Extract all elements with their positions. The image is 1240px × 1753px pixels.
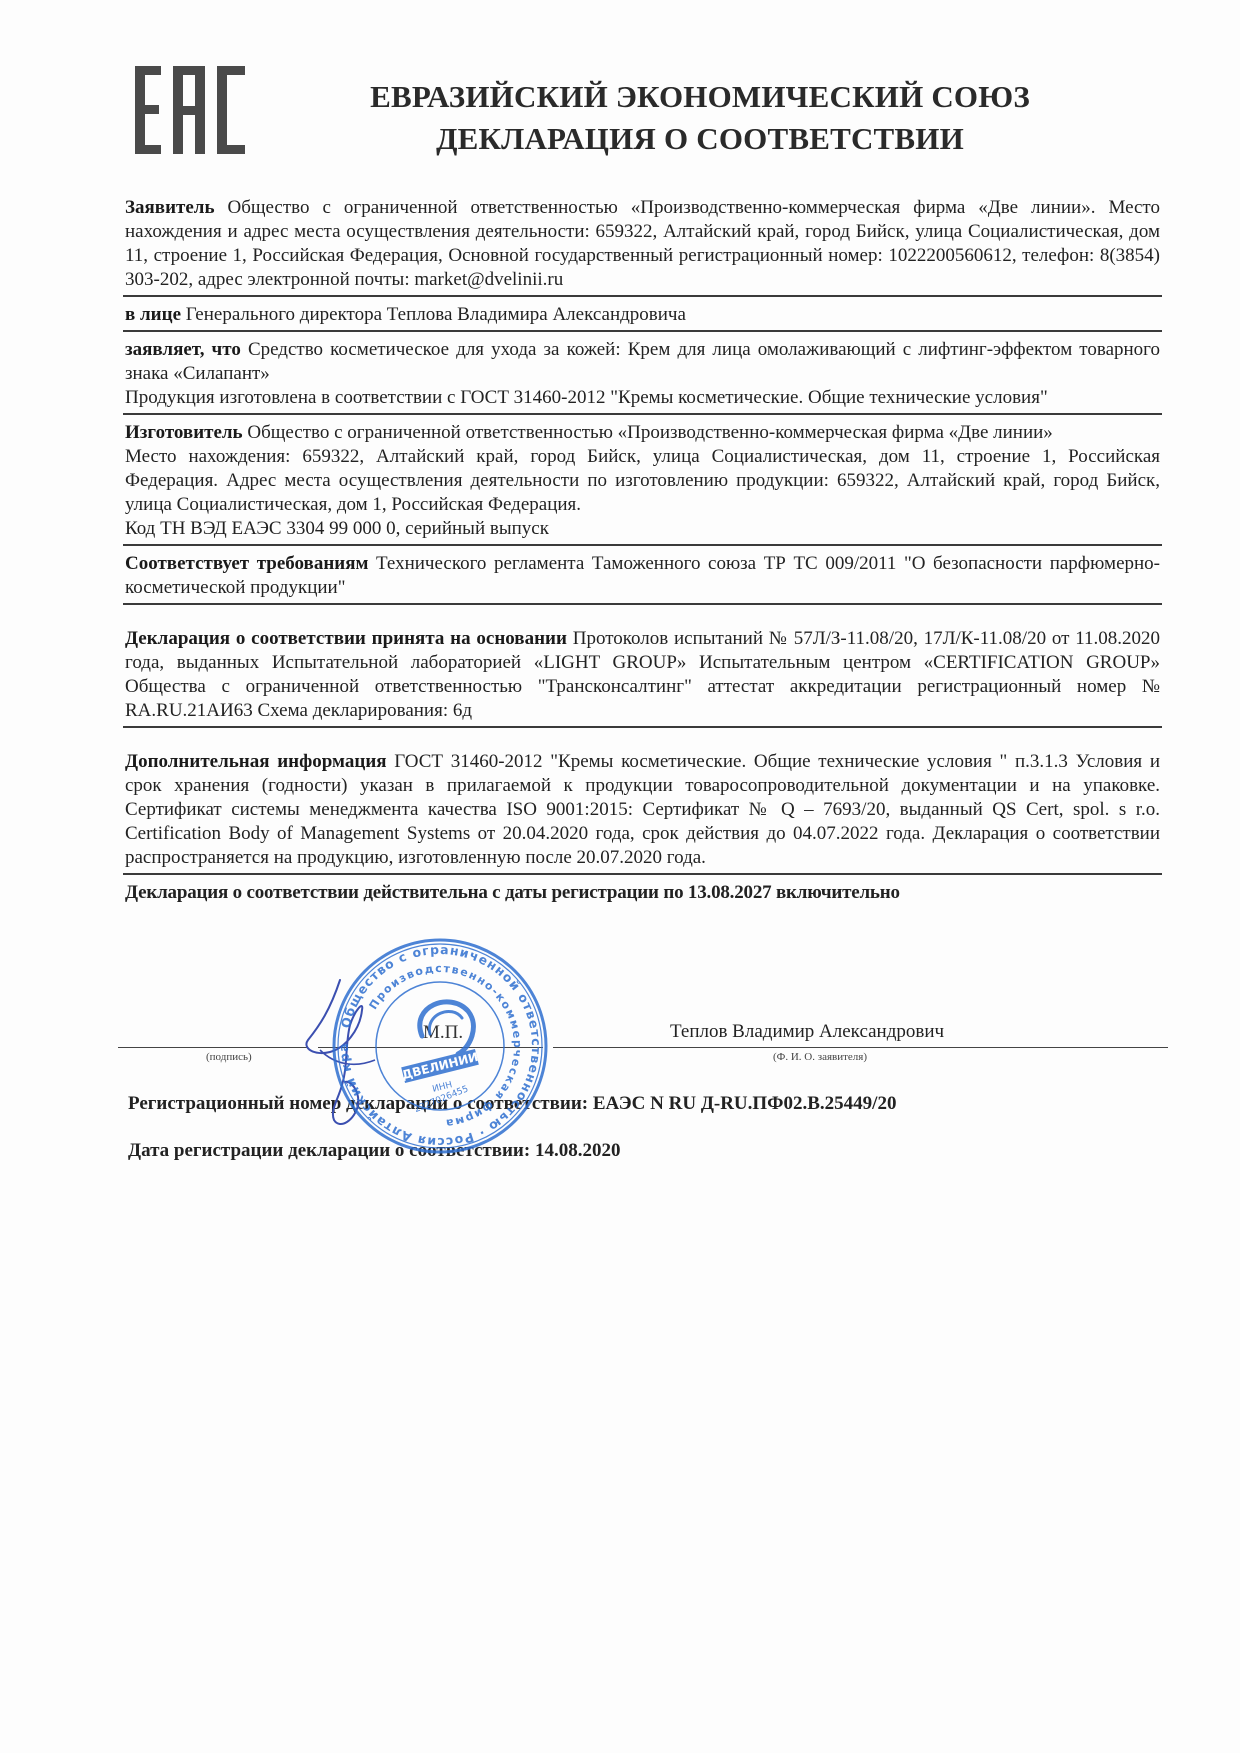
registration-number: Регистрационный номер декларации о соотв…	[128, 1093, 896, 1115]
stamp-place-label: М.П.	[423, 1022, 463, 1044]
divider	[123, 295, 1162, 297]
divider	[123, 413, 1162, 415]
manufacturer-address: Место нахождения: 659322, Алтайский край…	[125, 445, 1160, 517]
name-caption: (Ф. И. О. заявителя)	[773, 1051, 867, 1063]
divider	[123, 330, 1162, 332]
title-union: ЕВРАЗИЙСКИЙ ЭКОНОМИЧЕСКИЙ СОЮЗ	[300, 76, 1100, 118]
basis-label: Декларация о соответствии принята на осн…	[125, 628, 567, 649]
basis-section: Декларация о соответствии принята на осн…	[125, 627, 1160, 723]
applicant-label: Заявитель	[125, 197, 215, 218]
title-declaration: ДЕКЛАРАЦИЯ О СООТВЕТСТВИИ	[300, 118, 1100, 160]
compliance-section: Соответствует требованиям Технического р…	[125, 552, 1160, 600]
registration-date: Дата регистрации декларации о соответств…	[128, 1140, 620, 1162]
registration-number-value: ЕАЭС N RU Д-RU.ПФ02.В.25449/20	[593, 1093, 897, 1114]
product-description: Средство косметическое для ухода за коже…	[125, 339, 1160, 384]
manufacturer-section: Изготовитель Общество с ограниченной отв…	[125, 421, 1160, 445]
compliance-label: Соответствует требованиям	[125, 553, 368, 574]
registration-date-label: Дата регистрации декларации о соответств…	[128, 1140, 530, 1161]
additional-info-section: Дополнительная информация ГОСТ 31460-201…	[125, 750, 1160, 870]
name-line	[553, 1047, 1168, 1048]
applicant-section: Заявитель Общество с ограниченной ответс…	[125, 196, 1160, 292]
applicant-name: Теплов Владимир Александрович	[670, 1021, 944, 1043]
declaration-body: Заявитель Общество с ограниченной ответс…	[125, 196, 1160, 905]
additional-info-label: Дополнительная информация	[125, 751, 387, 772]
divider	[123, 726, 1162, 728]
represented-by-section: в лице Генерального директора Теплова Вл…	[125, 303, 1160, 327]
declares-label: заявляет, что	[125, 339, 241, 360]
eac-logo-icon	[135, 66, 245, 154]
manufacturer-label: Изготовитель	[125, 422, 243, 443]
registration-number-label: Регистрационный номер декларации о соотв…	[128, 1093, 588, 1114]
product-standard: Продукция изготовлена в соответствии с Г…	[125, 386, 1160, 410]
divider	[123, 603, 1162, 605]
represented-by-label: в лице	[125, 304, 181, 325]
divider	[123, 873, 1162, 875]
registration-date-value: 14.08.2020	[535, 1140, 621, 1161]
document-title: ЕВРАЗИЙСКИЙ ЭКОНОМИЧЕСКИЙ СОЮЗ ДЕКЛАРАЦИ…	[300, 76, 1100, 160]
manufacturer-text: Общество с ограниченной ответственностью…	[247, 422, 1052, 443]
signature-caption: (подпись)	[206, 1051, 252, 1063]
declares-section: заявляет, что Средство косметическое для…	[125, 338, 1160, 386]
signature-area: (подпись) М.П. Теплов Владимир Александр…	[118, 1000, 1168, 1070]
applicant-text: Общество с ограниченной ответственностью…	[125, 197, 1160, 290]
divider	[123, 544, 1162, 546]
signature-line	[118, 1047, 308, 1048]
stamp-line	[318, 1047, 543, 1048]
tn-ved-code: Код ТН ВЭД ЕАЭС 3304 99 000 0, серийный …	[125, 517, 1160, 541]
declaration-page: ЕВРАЗИЙСКИЙ ЭКОНОМИЧЕСКИЙ СОЮЗ ДЕКЛАРАЦИ…	[0, 0, 1240, 1753]
validity-statement: Декларация о соответствии действительна …	[125, 881, 1160, 905]
represented-by-text: Генерального директора Теплова Владимира…	[186, 304, 686, 325]
